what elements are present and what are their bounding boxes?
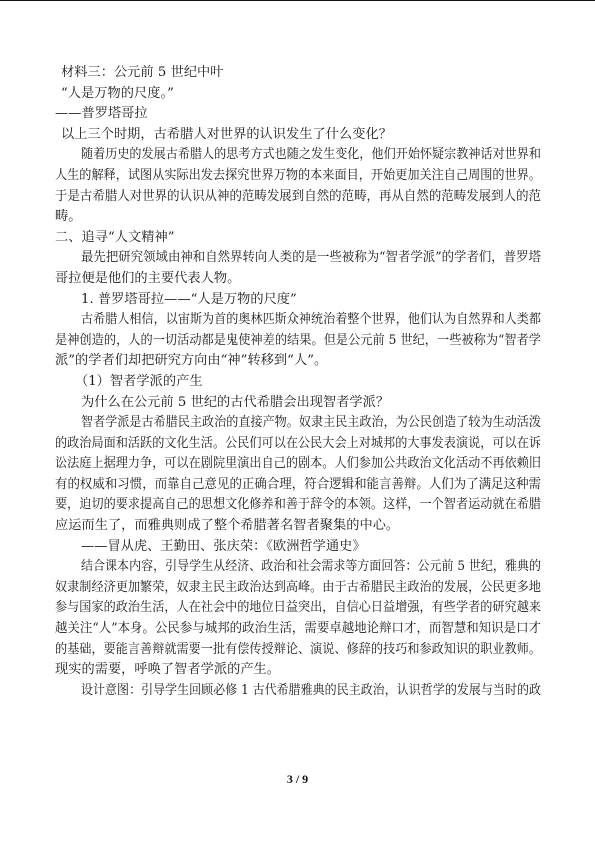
paragraph-line: 哥拉便是他们的主要代表人物。 bbox=[55, 269, 541, 290]
paragraph-line: 现实的需要，呼唤了智者学派的产生。 bbox=[55, 660, 541, 681]
sub-subsection-heading: （1）智者学派的产生 bbox=[55, 372, 541, 393]
paragraph-line: 参与国家的政治生活，人在社会中的地位日益突出，自信心日益增强，有些学者的研究越来 bbox=[55, 598, 541, 619]
document-body: 材料三：公元前 5 世纪中叶 “人是万物的尺度。” ——普罗塔哥拉 以上三个时期… bbox=[55, 63, 541, 701]
paragraph-line: 古希腊人相信，以宙斯为首的奥林匹斯众神统治着整个世界，他们认为自然界和人类都 bbox=[55, 310, 541, 331]
quote-attribution: ——普罗塔哥拉 bbox=[55, 104, 541, 125]
citation: ——冒从虎、王勤田、张庆荣：《欧洲哲学通史》 bbox=[55, 537, 541, 558]
paragraph-line: 畴。 bbox=[55, 207, 541, 228]
paragraph-line: 于是古希腊人对世界的认识从神的范畴发展到自然的范畴，再从自然的范畴发展到人的范 bbox=[55, 187, 541, 208]
paragraph-line: 是神创造的，人的一切活动都是鬼使神差的结果。但是公元前 5 世纪，一些被称为“智… bbox=[55, 331, 541, 352]
paragraph-line: 要，迫切的要求提高自己的思想文化修养和善于辞令的本领。这样，一个智者运动就在希腊 bbox=[55, 495, 541, 516]
paragraph-line: 随着历史的发展古希腊人的思考方式也随之发生变化，他们开始怀疑宗教神话对世界和 bbox=[55, 145, 541, 166]
quote-text: “人是万物的尺度。” bbox=[55, 84, 541, 105]
paragraph-line: 的政治局面和活跃的文化生活。公民们可以在公民大会上对城邦的大事发表演说，可以在诉 bbox=[55, 434, 541, 455]
subsection-heading: 1. 普罗塔哥拉——“人是万物的尺度” bbox=[55, 290, 541, 311]
paragraph-line: 最先把研究领域由神和自然界转向人类的是一些被称为“智者学派”的学者们，普罗塔 bbox=[55, 248, 541, 269]
design-intent-line: 设计意图：引导学生回顾必修 1 古代希腊雅典的民主政治，认识哲学的发展与当时的政 bbox=[55, 681, 541, 702]
paragraph-line: 的基础，要能言善辩就需要一批有偿传授辩论、演说、修辞的技巧和参政知识的职业教师。 bbox=[55, 640, 541, 661]
paragraph-line: 有的权威和习惯，而靠自己意见的正确合理，符合逻辑和能言善辩。人们为了满足这种需 bbox=[55, 475, 541, 496]
page-number: 3 / 9 bbox=[0, 772, 595, 787]
paragraph-line: 奴隶制经济更加繁荣，奴隶主民主政治达到高峰。由于古希腊民主政治的发展，公民更多地 bbox=[55, 578, 541, 599]
question-text: 以上三个时期，古希腊人对世界的认识发生了什么变化？ bbox=[55, 125, 541, 146]
top-rule bbox=[0, 0, 595, 1]
section-heading: 二、追寻“人文精神” bbox=[55, 228, 541, 249]
paragraph-line: 派”的学者们却把研究方向由“神”转移到“人”。 bbox=[55, 351, 541, 372]
paragraph-line: 讼法庭上据理力争，可以在剧院里演出自己的剧本。人们参加公共政治文化活动不再依赖旧 bbox=[55, 454, 541, 475]
paragraph-line: 越关注“人”本身。公民参与城邦的政治生活，需要卓越地论辩口才，而智慧和知识是口才 bbox=[55, 619, 541, 640]
paragraph-line: 应运而生了，而雅典则成了整个希腊著名智者聚集的中心。 bbox=[55, 516, 541, 537]
question-text: 为什么在公元前 5 世纪的古代希腊会出现智者学派？ bbox=[55, 393, 541, 414]
paragraph-line: 智者学派是古希腊民主政治的直接产物。奴隶主民主政治，为公民创造了较为生动活泼 bbox=[55, 413, 541, 434]
paragraph-line: 结合课本内容，引导学生从经济、政治和社会需求等方面回答：公元前 5 世纪，雅典的 bbox=[55, 557, 541, 578]
material-three-heading: 材料三：公元前 5 世纪中叶 bbox=[55, 63, 541, 84]
paragraph-line: 人生的解释，试图从实际出发去探究世界万物的本来面目，开始更加关注自己周围的世界。 bbox=[55, 166, 541, 187]
